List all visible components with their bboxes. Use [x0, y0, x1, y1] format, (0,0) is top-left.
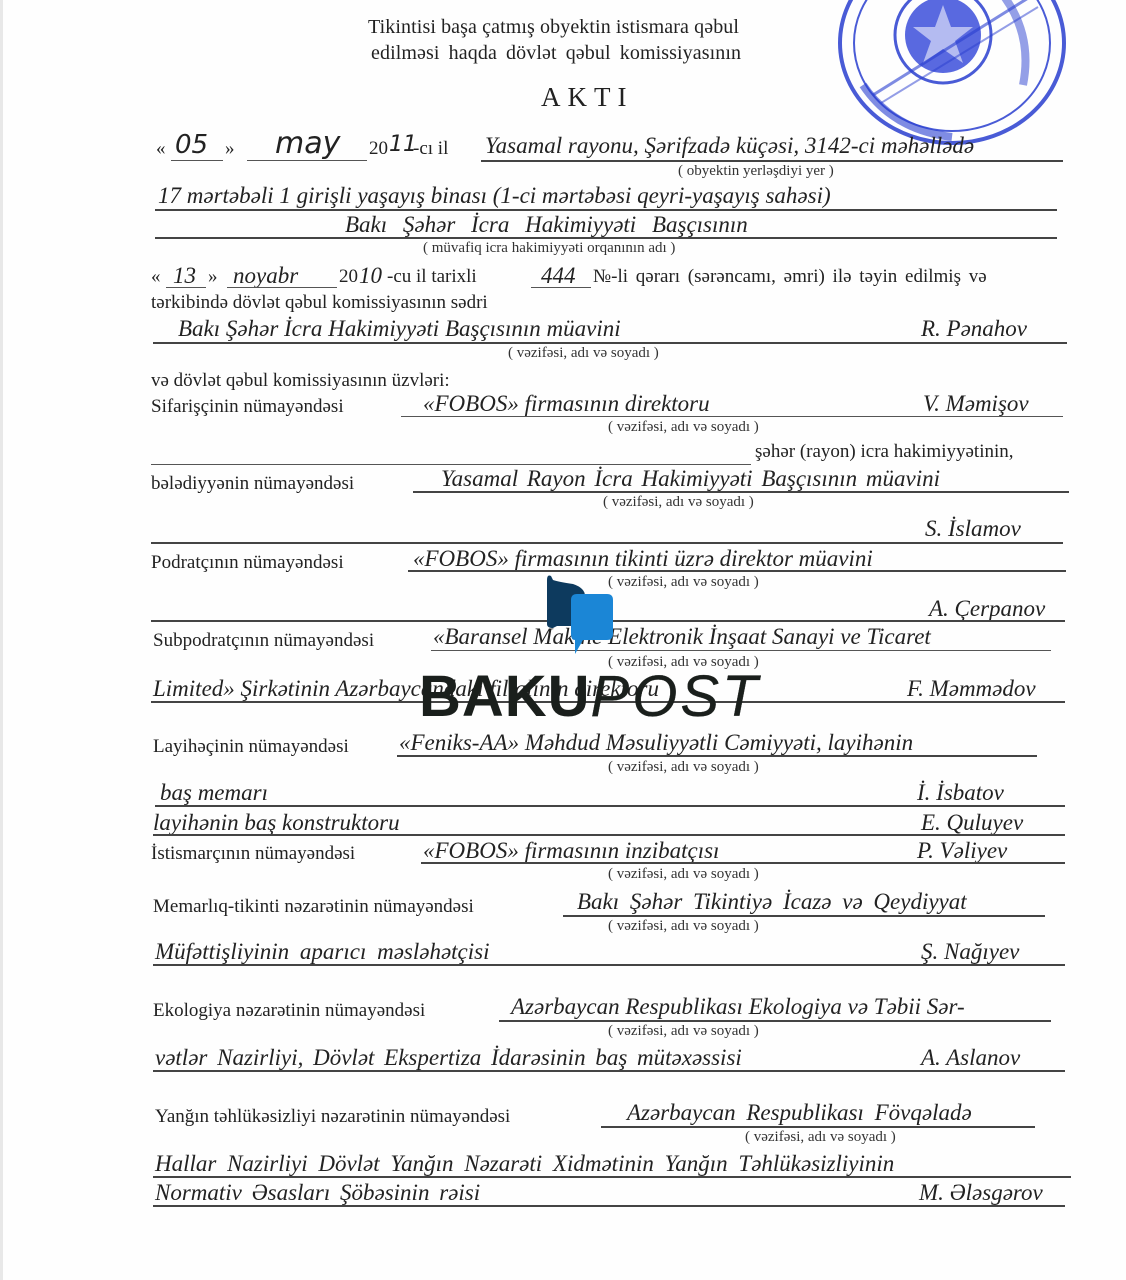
member-position-line-1: «Baransel Makine Elektronik İnşaat Sanay…	[433, 624, 931, 650]
member-role: Subpodratçının nümayəndəsi	[153, 630, 374, 652]
header-line-2: edilməsi haqda dövlət qəbul komissiyasın…	[371, 42, 741, 65]
header-line-1: Tikintisi başa çatmış obyektin istismara…	[368, 16, 739, 39]
object-description: 17 mərtəbəli 1 girişli yaşayış binası (1…	[158, 183, 831, 209]
chairman-caption: ( vəzifəsi, adı və soyadı )	[508, 345, 659, 362]
member-role: Podratçının nümayəndəsi	[151, 552, 344, 574]
document-page: Tikintisi başa çatmış obyektin istismara…	[0, 0, 1126, 1280]
member-caption: ( vəzifəsi, adı və soyadı )	[608, 866, 759, 883]
member-caption: ( vəzifəsi, adı və soyadı )	[608, 918, 759, 935]
member-position-line-1: «Feniks-AA» Məhdud Məsuliyyətli Cəmiyyət…	[399, 730, 913, 756]
date-year-prefix: 20	[369, 138, 388, 160]
document-title: AKTI	[541, 82, 633, 113]
member-name: İ. İsbatov	[917, 780, 1004, 806]
member-name: P. Vəliyev	[917, 838, 1007, 864]
date-month: may	[275, 126, 340, 161]
authority-name: Bakı Şəhər İcra Hakimiyyəti Başçısının	[345, 212, 748, 238]
member-position-line-1: Azərbaycan Respublikası Ekologiya və Təb…	[511, 994, 965, 1020]
member-role: İstismarçının nümayəndəsi	[151, 843, 355, 865]
decree-year-suffix: 10	[359, 263, 382, 289]
member-caption: ( vəzifəsi, adı və soyadı )	[608, 574, 759, 591]
decree-line-2: tərkibində dövlət qəbul komissiyasının s…	[151, 292, 488, 314]
decree-text-after-year: -cu il tarixli	[387, 266, 477, 288]
brand-light: POST	[591, 664, 761, 729]
member-position: «FOBOS» firmasının direktoru	[423, 391, 710, 417]
member-caption: ( vəzifəsi, adı və soyadı )	[608, 759, 759, 776]
official-seal-icon	[833, 0, 1071, 145]
member-caption: ( vəzifəsi, adı və soyadı )	[608, 419, 759, 436]
member-name: S. İslamov	[925, 516, 1021, 542]
members-intro: və dövlət qəbul komissiyasının üzvləri:	[151, 370, 450, 392]
chairman-position: Bakı Şəhər İcra Hakimiyyəti Başçısının m…	[178, 316, 621, 342]
member-position-line-2: baş memarı	[160, 780, 268, 806]
bakupost-logo-icon	[545, 574, 617, 658]
decree-number: 444	[541, 263, 576, 289]
member-position-line-3: Normativ Əsasları Şöbəsinin rəisi	[155, 1180, 480, 1206]
member-caption: ( vəzifəsi, adı və soyadı )	[603, 494, 754, 511]
member-role: Ekologiya nəzarətinin nümayəndəsi	[153, 1000, 425, 1022]
location-caption: ( obyektin yerləşdiyi yer )	[678, 163, 834, 180]
member-role: Sifarişçinin nümayəndəsi	[151, 396, 344, 418]
member-name: V. Məmişov	[923, 391, 1029, 417]
decree-open: «	[151, 266, 161, 288]
chairman-name: R. Pənahov	[921, 316, 1027, 342]
decree-month: noyabr	[233, 263, 298, 289]
authority-caption: ( müvafiq icra hakimiyyəti orqanının adı…	[423, 240, 675, 257]
date-year-ending: -cı il	[413, 138, 448, 160]
object-location: Yasamal rayonu, Şərifzadə küçəsi, 3142-c…	[485, 133, 974, 159]
member-position: «FOBOS» firmasının inzibatçısı	[423, 838, 719, 864]
decree-close: »	[208, 266, 218, 288]
member-name: M. Ələsgərov	[919, 1180, 1043, 1206]
member-caption: ( vəzifəsi, adı və soyadı )	[745, 1129, 896, 1146]
member-position-line-2: vətlər Nazirliyi, Dövlət Ekspertiza İdar…	[155, 1045, 742, 1071]
member-position-line-2: Hallar Nazirliyi Dövlət Yanğın Nəzarəti …	[155, 1151, 894, 1177]
member-position-line-3: layihənin baş konstruktoru	[153, 810, 400, 836]
member-role: bələdiyyənin nümayəndəsi	[151, 473, 354, 495]
member-position: Yasamal Rayon İcra Hakimiyyəti Başçısını…	[441, 466, 940, 492]
member-role: Memarlıq-tikinti nəzarətinin nümayəndəsi	[153, 896, 474, 918]
decree-text-after-number: №-li qərarı (sərəncamı, əmri) ilə təyin …	[593, 266, 987, 288]
bakupost-logo-text: BAKUPOST	[419, 668, 760, 726]
date-open-quote: «	[156, 138, 166, 160]
brand-bold: BAKU	[419, 664, 591, 729]
member-position-line-2: Müfəttişliyinin aparıcı məsləhətçisi	[155, 939, 490, 965]
member-name: A. Aslanov	[921, 1045, 1020, 1071]
member-position-line-1: Bakı Şəhər Tikintiyə İcazə və Qeydiyyat	[577, 889, 967, 915]
member-caption: ( vəzifəsi, adı və soyadı )	[608, 1023, 759, 1040]
member-position-line-1: Azərbaycan Respublikası Fövqəladə	[627, 1100, 972, 1126]
date-day: 05	[175, 130, 208, 160]
member-role: Yanğın təhlükəsizliyi nəzarətinin nümayə…	[155, 1106, 510, 1128]
member-name-2: E. Quluyev	[921, 810, 1023, 836]
member-role-prefix: şəhər (rayon) icra hakimiyyətinin,	[755, 441, 1014, 463]
member-name: A. Çerpanov	[929, 596, 1045, 622]
member-name: Ş. Nağıyev	[921, 939, 1019, 965]
member-name: F. Məmmədov	[907, 676, 1036, 702]
date-close-quote: »	[225, 138, 235, 160]
decree-year-prefix: 20	[339, 266, 358, 288]
member-role: Layihəçinin nümayəndəsi	[153, 736, 349, 758]
member-position: «FOBOS» firmasının tikinti üzrə direktor…	[413, 546, 873, 572]
decree-day: 13	[173, 263, 196, 289]
